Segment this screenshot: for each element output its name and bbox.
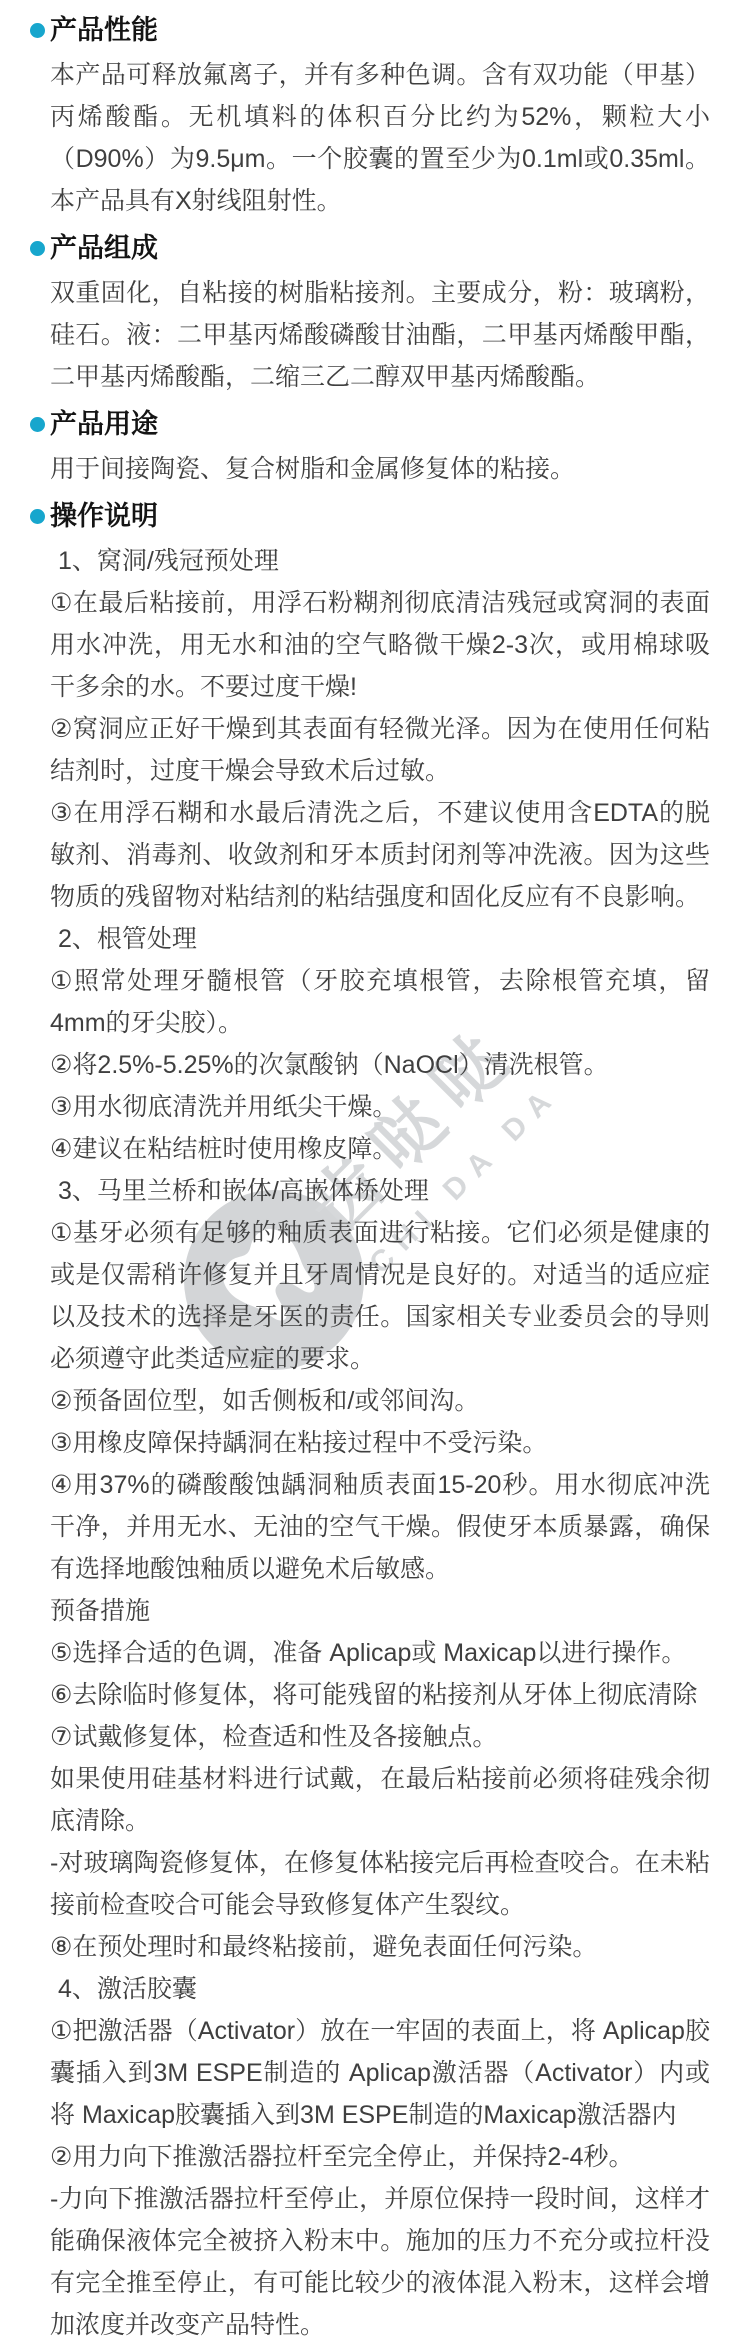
section-title: 产品性能 — [50, 12, 158, 48]
body-paragraph: ②用力向下推激活器拉杆至完全停止，并保持2-4秒。 — [50, 2136, 710, 2178]
body-paragraph: ①把激活器（Activator）放在一牢固的表面上，将 Aplicap胶囊插入到… — [50, 2010, 710, 2136]
body-paragraph: ②将2.5%-5.25%的次氯酸钠（NaOCl）清洗根管。 — [50, 1044, 710, 1086]
section-body: 本产品可释放氟离子，并有多种色调。含有双功能（甲基）丙烯酸酯。无机填料的体积百分… — [50, 54, 710, 222]
step-group-title: 3、马里兰桥和嵌体/高嵌体桥处理 — [50, 1170, 710, 1212]
document-content: 产品性能 本产品可释放氟离子，并有多种色调。含有双功能（甲基）丙烯酸酯。无机填料… — [0, 0, 748, 2344]
body-paragraph: ⑦试戴修复体，检查适和性及各接触点。 — [50, 1716, 710, 1758]
body-paragraph: -力向下推激活器拉杆至停止，并原位保持一段时间，这样才能确保液体完全被挤入粉末中… — [50, 2178, 710, 2344]
section-bullet-icon — [30, 509, 45, 524]
step-group-title: 4、激活胶囊 — [50, 1968, 710, 2010]
section-title: 产品组成 — [50, 230, 158, 266]
section-2: 产品组成 双重固化，自粘接的树脂粘接剂。主要成分，粉：玻璃粉，硅石。液：二甲基丙… — [50, 230, 710, 398]
body-paragraph: 本产品可释放氟离子，并有多种色调。含有双功能（甲基）丙烯酸酯。无机填料的体积百分… — [50, 54, 710, 222]
section-title: 产品用途 — [50, 406, 158, 442]
body-paragraph: ③在用浮石糊和水最后清洗之后，不建议使用含EDTA的脱敏剂、消毒剂、收敛剂和牙本… — [50, 792, 710, 918]
section-1: 产品性能 本产品可释放氟离子，并有多种色调。含有双功能（甲基）丙烯酸酯。无机填料… — [50, 12, 710, 222]
section-heading: 产品组成 — [50, 230, 710, 266]
body-paragraph: ②预备固位型，如舌侧板和/或邻间沟。 — [50, 1380, 710, 1422]
body-paragraph: 如果使用硅基材料进行试戴，在最后粘接前必须将硅残余彻底清除。 — [50, 1758, 710, 1842]
body-paragraph: ③用水彻底清洗并用纸尖干燥。 — [50, 1086, 710, 1128]
body-paragraph: 用于间接陶瓷、复合树脂和金属修复体的粘接。 — [50, 448, 710, 490]
step-group-title: 2、根管处理 — [50, 918, 710, 960]
step-group-title: 1、窝洞/残冠预处理 — [50, 540, 710, 582]
body-paragraph: ②窝洞应正好干燥到其表面有轻微光泽。因为在使用任何粘结剂时，过度干燥会导致术后过… — [50, 708, 710, 792]
section-3: 产品用途 用于间接陶瓷、复合树脂和金属修复体的粘接。 — [50, 406, 710, 490]
section-body: 用于间接陶瓷、复合树脂和金属修复体的粘接。 — [50, 448, 710, 490]
body-paragraph: 双重固化，自粘接的树脂粘接剂。主要成分，粉：玻璃粉，硅石。液：二甲基丙烯酸磷酸甘… — [50, 272, 710, 398]
body-paragraph: ③用橡皮障保持龋洞在粘接过程中不受污染。 — [50, 1422, 710, 1464]
body-paragraph: ⑧在预处理时和最终粘接前，避免表面任何污染。 — [50, 1926, 710, 1968]
product-info-page: { "page": { "language": "zh-CN", "colors… — [0, 0, 748, 2344]
body-paragraph: ①在最后粘接前，用浮石粉糊剂彻底清洁残冠或窝洞的表面用水冲洗，用无水和油的空气略… — [50, 582, 710, 708]
body-paragraph: ①照常处理牙髓根管（牙胶充填根管，去除根管充填，留4mm的牙尖胶）。 — [50, 960, 710, 1044]
body-paragraph: ⑤选择合适的色调，准备 Aplicap或 Maxicap以进行操作。 — [50, 1632, 710, 1674]
section-body: 双重固化，自粘接的树脂粘接剂。主要成分，粉：玻璃粉，硅石。液：二甲基丙烯酸磷酸甘… — [50, 272, 710, 398]
section-bullet-icon — [30, 241, 45, 256]
body-paragraph: 预备措施 — [50, 1590, 710, 1632]
section-bullet-icon — [30, 417, 45, 432]
body-paragraph: -对玻璃陶瓷修复体，在修复体粘接完后再检查咬合。在未粘接前检查咬合可能会导致修复… — [50, 1842, 710, 1926]
body-paragraph: ⑥去除临时修复体，将可能残留的粘接剂从牙体上彻底清除 — [50, 1674, 710, 1716]
body-paragraph: ④用37%的磷酸酸蚀龋洞釉质表面15-20秒。用水彻底冲洗干净，并用无水、无油的… — [50, 1464, 710, 1590]
body-paragraph: ①基牙必须有足够的釉质表面进行粘接。它们必须是健康的或是仅需稍许修复并且牙周情况… — [50, 1212, 710, 1380]
section-heading: 操作说明 — [50, 498, 710, 534]
section-title: 操作说明 — [50, 498, 158, 534]
section-heading: 产品用途 — [50, 406, 710, 442]
section-bullet-icon — [30, 23, 45, 38]
section-heading: 产品性能 — [50, 12, 710, 48]
section-4: 操作说明 1、窝洞/残冠预处理①在最后粘接前，用浮石粉糊剂彻底清洁残冠或窝洞的表… — [50, 498, 710, 2344]
body-paragraph: ④建议在粘结桩时使用橡皮障。 — [50, 1128, 710, 1170]
section-body: 1、窝洞/残冠预处理①在最后粘接前，用浮石粉糊剂彻底清洁残冠或窝洞的表面用水冲洗… — [50, 540, 710, 2344]
